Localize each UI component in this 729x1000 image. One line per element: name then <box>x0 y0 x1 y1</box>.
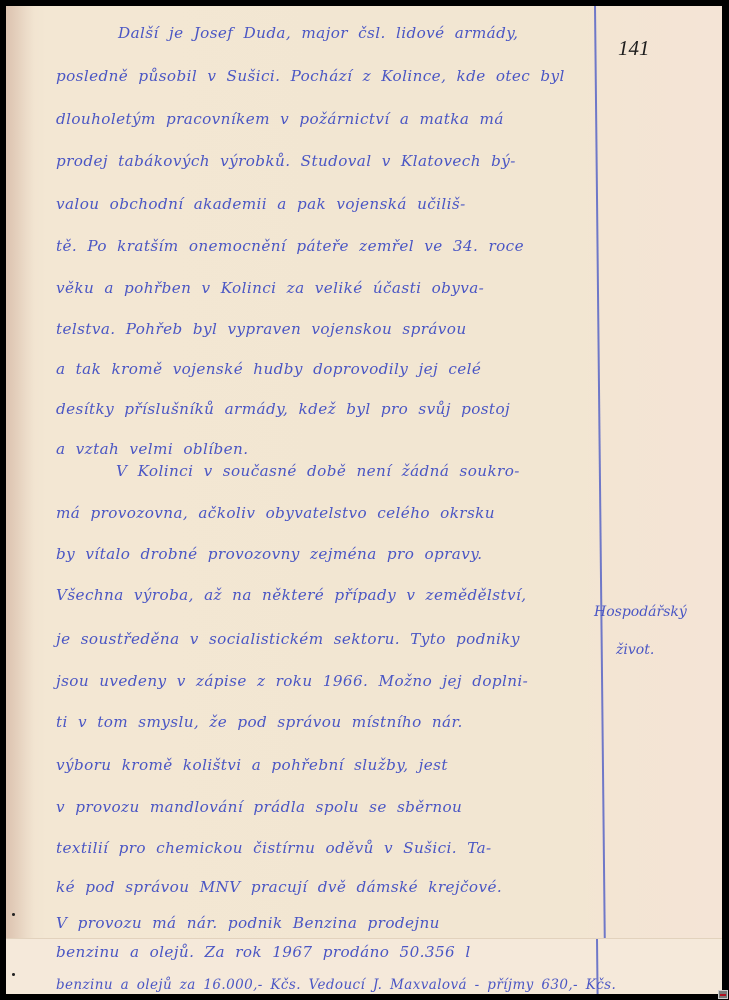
viewer-corner-icon[interactable] <box>718 990 728 999</box>
text-line: ti v tom smyslu, že pod správou místního… <box>56 713 463 731</box>
text-line: textilií pro chemickou čistírnu oděvů v … <box>56 839 492 857</box>
page-number: 141 <box>618 36 650 61</box>
text-line: ké pod správou MNV pracují dvě dámské kr… <box>56 878 502 896</box>
margin-note-line-2: život. <box>616 642 654 658</box>
text-line: posledně působil v Sušici. Pochází z Kol… <box>56 67 565 85</box>
text-line: v provozu mandlování prádla spolu se sbě… <box>56 798 462 816</box>
speck <box>12 913 15 916</box>
text-line: Všechna výroba, až na některé případy v … <box>56 586 526 604</box>
text-line: by vítalo drobné provozovny zejména pro … <box>56 545 482 563</box>
text-line: Další je Josef Duda, major čsl. lidové a… <box>118 24 518 42</box>
text-line: tě. Po kratším onemocnění páteře zemřel … <box>56 237 524 255</box>
margin-rule <box>594 6 606 994</box>
text-line: a tak kromě vojenské hudby doprovodily j… <box>56 360 481 378</box>
text-line: benzinu a olejů za 16.000,- Kčs. Vedoucí… <box>56 977 616 993</box>
notebook-page: 141 Další je Josef Duda, major čsl. lido… <box>6 6 722 994</box>
text-line: desítky příslušníků armády, kdež byl pro… <box>56 400 510 418</box>
text-line: výboru kromě kolištvi a pohřební služby,… <box>56 756 448 774</box>
text-line: a vztah velmi oblíben. <box>56 440 248 458</box>
bottom-paper-strip: benzinu a olejů. Za rok 1967 prodáno 50.… <box>6 938 722 994</box>
text-line: jsou uvedeny v zápise z roku 1966. Možno… <box>56 672 528 690</box>
text-line: má provozovna, ačkoliv obyvatelstvo celé… <box>56 504 495 522</box>
text-line: valou obchodní akademii a pak vojenská u… <box>56 195 466 213</box>
text-line: V provozu má nár. podnik Benzina prodejn… <box>56 914 440 932</box>
page-edge-shadow <box>6 6 34 994</box>
margin-note-line-1: Hospodářský <box>594 604 687 620</box>
text-line: věku a pohřben v Kolinci za veliké účast… <box>56 279 484 297</box>
speck <box>12 973 15 976</box>
text-line: je soustředěna v socialistickém sektoru.… <box>56 630 520 648</box>
text-line: prodej tabákových výrobků. Studoval v Kl… <box>56 152 516 170</box>
text-line: dlouholetým pracovníkem v požárnictví a … <box>56 110 504 128</box>
text-line: benzinu a olejů. Za rok 1967 prodáno 50.… <box>56 943 471 961</box>
text-line: V Kolinci v současné době není žádná sou… <box>116 462 520 480</box>
text-line: telstva. Pohřeb byl vypraven vojenskou s… <box>56 320 467 338</box>
